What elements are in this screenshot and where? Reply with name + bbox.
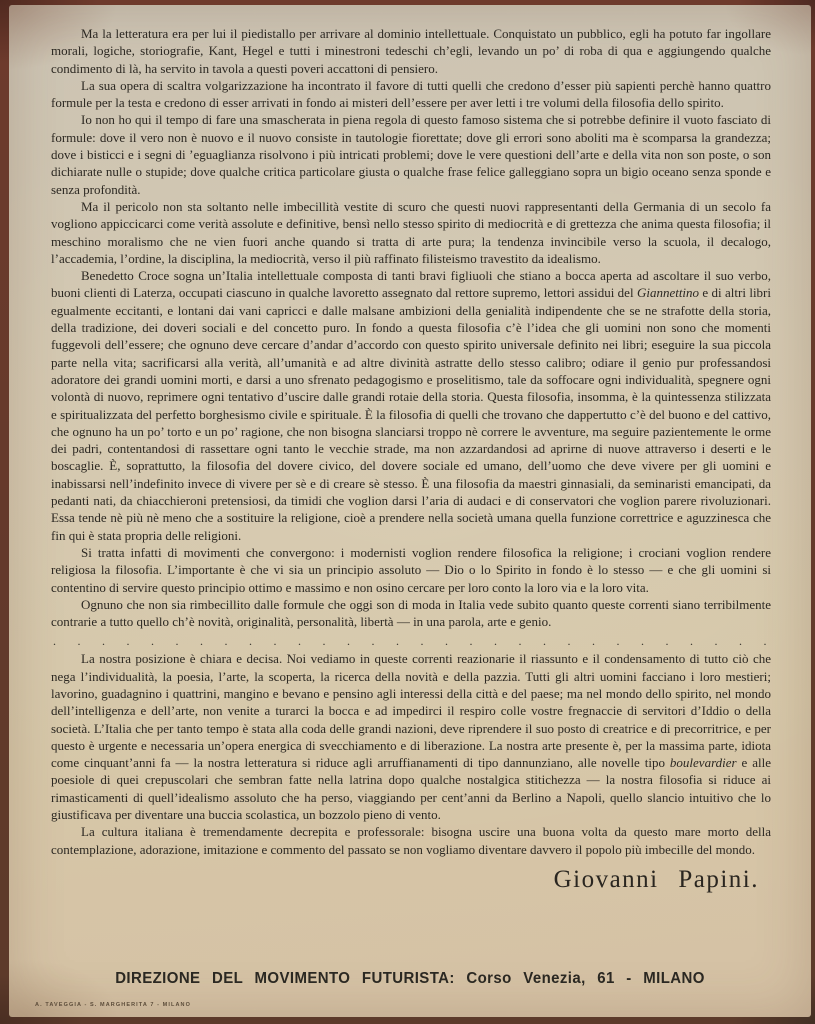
paragraph: La sua opera di scaltra volgarizzazione … xyxy=(51,77,771,112)
italic-text-segment: Giannettino xyxy=(637,285,699,300)
paragraph-group-lower: La nostra posizione è chiara e decisa. N… xyxy=(51,650,771,858)
paragraph-group-upper: Ma la letteratura era per lui il piedist… xyxy=(51,25,771,630)
movement-direction-address: DIREZIONE DEL MOVIMENTO FUTURISTA: Corso… xyxy=(9,970,811,988)
body-text: Ma la letteratura era per lui il piedist… xyxy=(9,5,811,858)
paragraph: Si tratta infatti di movimenti che conve… xyxy=(51,544,771,596)
text-segment: Ognuno che non sia rimbecillito dalle fo… xyxy=(51,597,771,629)
scanned-manifesto-photo: Ma la letteratura era per lui il piedist… xyxy=(0,0,815,1024)
paragraph: Benedetto Croce sogna un’Italia intellet… xyxy=(51,267,771,544)
paragraph: Ma la letteratura era per lui il piedist… xyxy=(51,25,771,77)
printer-imprint: A. TAVEGGIA - S. MARGHERITA 7 - MILANO xyxy=(35,1002,191,1008)
text-segment: La sua opera di scaltra volgarizzazione … xyxy=(51,78,771,110)
paragraph: Ognuno che non sia rimbecillito dalle fo… xyxy=(51,596,771,631)
paragraph: La cultura italiana è tremendamente decr… xyxy=(51,823,771,858)
text-segment: La nostra posizione è chiara e decisa. N… xyxy=(51,651,771,770)
paragraph: Io non ho qui il tempo di fare una smasc… xyxy=(51,111,771,197)
paragraph: La nostra posizione è chiara e decisa. N… xyxy=(51,650,771,823)
text-segment: Ma il pericolo non sta soltanto nelle im… xyxy=(51,199,771,266)
text-segment: Si tratta infatti di movimenti che conve… xyxy=(51,545,771,595)
text-segment: e di altri libri egualmente eccitanti, e… xyxy=(51,285,771,542)
dotted-separator: .............................. xyxy=(53,634,771,648)
author-signature: Giovanni Papini. xyxy=(9,866,759,894)
text-segment: Ma la letteratura era per lui il piedist… xyxy=(51,26,771,76)
text-segment: Io non ho qui il tempo di fare una smasc… xyxy=(51,112,771,196)
italic-text-segment: boulevardier xyxy=(670,755,737,770)
manifesto-paper: Ma la letteratura era per lui il piedist… xyxy=(9,5,811,1017)
paragraph: Ma il pericolo non sta soltanto nelle im… xyxy=(51,198,771,267)
text-segment: La cultura italiana è tremendamente decr… xyxy=(51,824,771,856)
